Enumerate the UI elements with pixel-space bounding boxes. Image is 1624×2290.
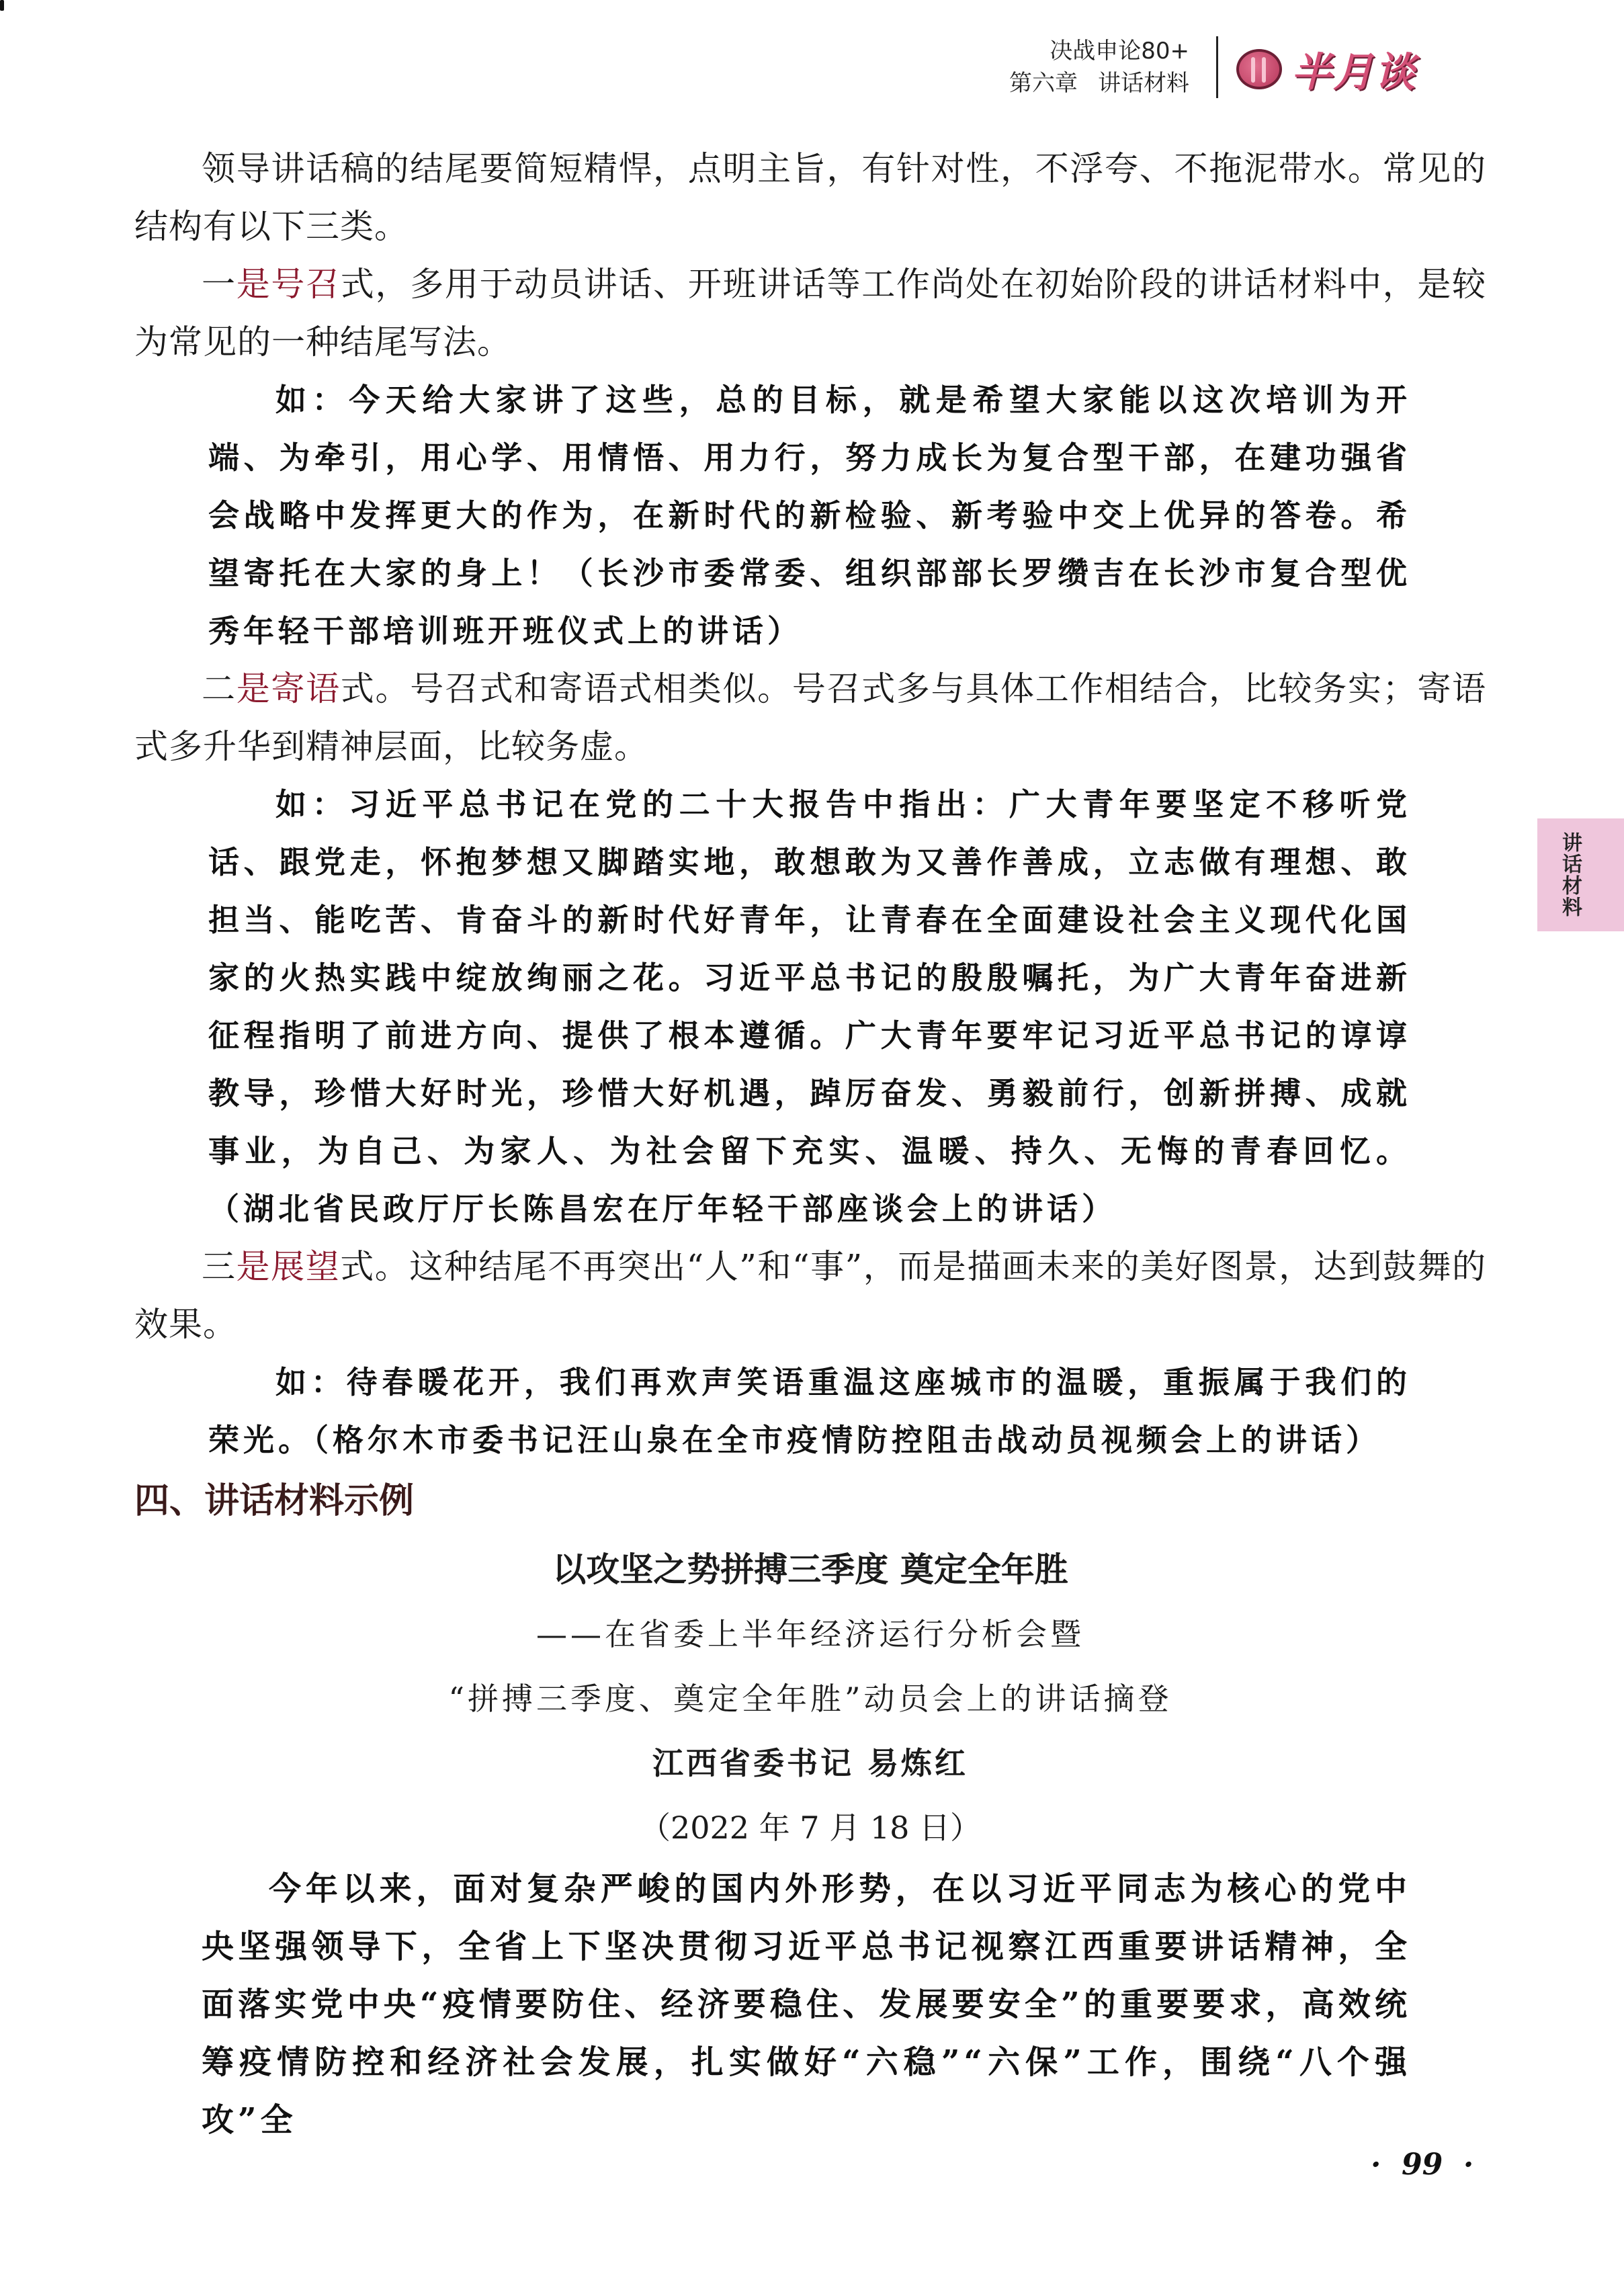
header-divider [1216, 36, 1218, 98]
speech-subtitle-1: ——在省委上半年经济运行分析会暨 [134, 1602, 1486, 1666]
side-tab-label: 讲话材料 [1555, 832, 1584, 918]
type-1-prefix: 一 [202, 265, 237, 304]
speech-author: 江西省委书记 易炼红 [134, 1731, 1486, 1795]
speech-date: （2022 年 7 月 18 日） [134, 1795, 1486, 1860]
type-1-example: 如：今天给大家讲了这些，总的目标，就是希望大家能以这次培训为开端、为牵引，用心学… [208, 371, 1411, 660]
scan-mark [0, 0, 4, 11]
type-3-label-suffix: 式 [340, 1247, 375, 1286]
chapter-side-tab: 讲话材料 [1537, 818, 1624, 931]
chapter-number: 第六章 [1009, 70, 1078, 97]
type-3-paragraph: 三是展望式。这种结尾不再突出“人”和“事”，而是描画未来的美好图景，达到鼓舞的效… [134, 1238, 1486, 1353]
publisher-logo: 半月谈 [1236, 47, 1416, 91]
speech-subtitle-2: “拼搏三季度、奠定全年胜”动员会上的讲话摘登 [134, 1666, 1486, 1731]
type-3-label: 是展望 [237, 1247, 341, 1286]
page-number: · 99 · [1371, 2148, 1473, 2182]
page-header: 决战申论80+ 第六章讲话材料 半月谈 [968, 32, 1572, 106]
type-2-label-suffix: 式 [341, 669, 376, 708]
type-1-paragraph: 一是号召式，多用于动员讲话、开班讲话等工作尚处在初始阶段的讲话材料中，是较为常见… [134, 255, 1486, 371]
type-3-prefix: 三 [202, 1247, 237, 1286]
type-2-label: 是寄语 [237, 669, 341, 708]
intro-paragraph: 领导讲话稿的结尾要简短精悍，点明主旨，有针对性，不浮夸、不拖泥带水。常见的结构有… [134, 140, 1486, 255]
type-1-label: 是号召 [237, 265, 341, 304]
speech-paragraph: 今年以来，面对复杂严峻的国内外形势，在以习近平同志为核心的党中央坚强领导下，全省… [202, 1860, 1411, 2149]
chapter-title: 讲话材料 [1098, 70, 1189, 97]
logo-text: 半月谈 [1291, 40, 1416, 98]
type-2-paragraph: 二是寄语式。号召式和寄语式相类似。号召式多与具体工作相结合，比较务实；寄语式多升… [134, 660, 1486, 775]
logo-emblem-icon [1236, 49, 1282, 89]
type-2-example: 如：习近平总书记在党的二十大报告中指出：广大青年要坚定不移听党话、跟党走，怀抱梦… [208, 775, 1411, 1238]
chapter-line: 第六章讲话材料 [1009, 67, 1189, 99]
running-header: 决战申论80+ 第六章讲话材料 [1009, 35, 1189, 99]
type-2-prefix: 二 [202, 669, 237, 708]
type-1-label-suffix: 式 [341, 265, 376, 304]
page-content: 领导讲话稿的结尾要简短精悍，点明主旨，有针对性，不浮夸、不拖泥带水。常见的结构有… [134, 140, 1486, 2149]
speech-title: 以攻坚之势拼搏三季度 奠定全年胜 [134, 1537, 1486, 1602]
type-3-example: 如：待春暖花开，我们再欢声笑语重温这座城市的温暖，重振属于我们的荣光。（格尔木市… [208, 1353, 1411, 1469]
book-title: 决战申论80+ [1009, 35, 1189, 67]
section-heading: 四、讲话材料示例 [134, 1469, 1486, 1533]
